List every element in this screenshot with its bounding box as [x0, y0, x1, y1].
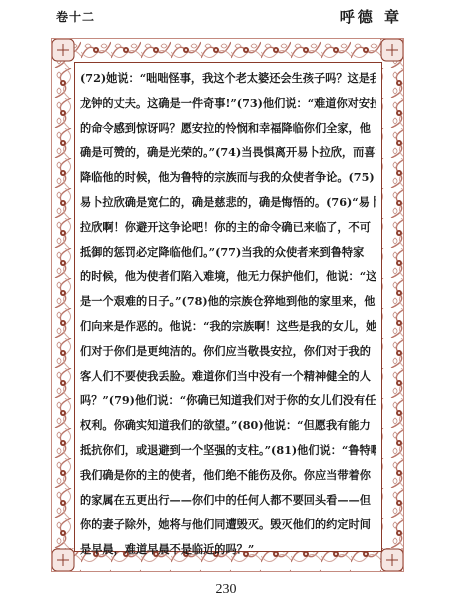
- text-line: 抵御的惩罚必定降临他们。”(77)当我的众使者来到鲁特家: [80, 240, 376, 265]
- text-line: 是一个艰难的日子。”(78)他的宗族仓猝地到他的家里来，他: [80, 289, 376, 314]
- text-line: 吗？”(79)他们说：“你确已知道我们对于你的女儿们没有任何: [80, 388, 376, 413]
- text-line: 是早晨，难道早晨不是临近的吗？”: [80, 537, 376, 562]
- running-header-volume: 卷十二: [56, 8, 95, 25]
- text-line: 确是可赞的，确是光荣的。”(74)当畏惧离开易卜拉欣，而喜讯: [80, 140, 376, 165]
- text-line: 抵抗你们，或退避到一个坚强的支柱。”(81)他们说：“鲁特啊！: [80, 438, 376, 463]
- text-line: 易卜拉欣确是宽仁的，确是慈悲的，确是悔悟的。(76)“易卜: [80, 190, 376, 215]
- text-line: 客人们不要使我丢脸。难道你们当中没有一个精神健全的人: [80, 364, 376, 389]
- text-line: 的时候，他为使者们陷入难境，他无力保护他们，他说：“这: [80, 264, 376, 289]
- text-line: 的命令感到惊讶吗？愿安拉的怜悯和幸福降临你们全家，他: [80, 116, 376, 141]
- text-line: 们向来是作恶的。他说：“我的宗族啊！这些是我的女儿，她: [80, 314, 376, 339]
- text-line: 降临他的时候，他为鲁特的宗族而与我的众使者争论。(75): [80, 165, 376, 190]
- text-line: 的家属在五更出行——你们中的任何人都不要回头看——但: [80, 488, 376, 513]
- text-line: (72)她说：“咄咄怪事，我这个老太婆还会生孩子吗？这是我: [80, 66, 376, 91]
- body-text: (72)她说：“咄咄怪事，我这个老太婆还会生孩子吗？这是我 龙钟的丈夫。这确是一…: [80, 66, 376, 562]
- text-line: 权利。你确实知道我们的欲望。”(80)他说：“但愿我有能力: [80, 413, 376, 438]
- text-line: 你的妻子除外，她将与他们同遭毁灭。毁灭他们的约定时间: [80, 512, 376, 537]
- text-line: 我们确是你的主的使者，他们绝不能伤及你。你应当带着你: [80, 463, 376, 488]
- text-line: 们对于你们是更纯洁的。你们应当敬畏安拉，你们对于我的: [80, 339, 376, 364]
- text-line: 龙钟的丈夫。这确是一件奇事!”(73)他们说：“难道你对安拉: [80, 91, 376, 116]
- text-line: 拉欣啊！你避开这争论吧！你的主的命令确已来临了，不可: [80, 215, 376, 240]
- page-number: 230: [0, 582, 452, 598]
- running-header-chapter: 呼德 章: [340, 6, 402, 27]
